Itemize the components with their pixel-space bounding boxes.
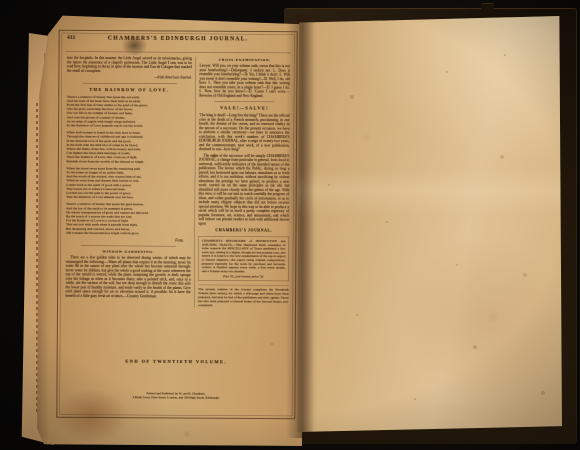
running-head: 432 CHAMBERS'S EDINBURGH JOURNAL.: [58, 29, 298, 51]
printer-colophon: Printed and Published by W. and R. Chamb…: [56, 391, 296, 400]
foxing-spots-left: [36, 13, 38, 15]
book-cover-clasp: [481, 3, 494, 13]
journal-masthead: CHAMBERS'S EDINBURGH JOURNAL.: [58, 35, 298, 42]
page-number: 432: [67, 35, 75, 41]
printed-page: 432 CHAMBERS'S EDINBURGH JOURNAL. into t…: [56, 29, 298, 419]
right-page-blank: [296, 16, 562, 432]
printed-page-content: 432 CHAMBERS'S EDINBURGH JOURNAL. into t…: [56, 29, 298, 419]
antique-book-photograph: 432 CHAMBERS'S EDINBURGH JOURNAL. into t…: [0, 0, 580, 450]
